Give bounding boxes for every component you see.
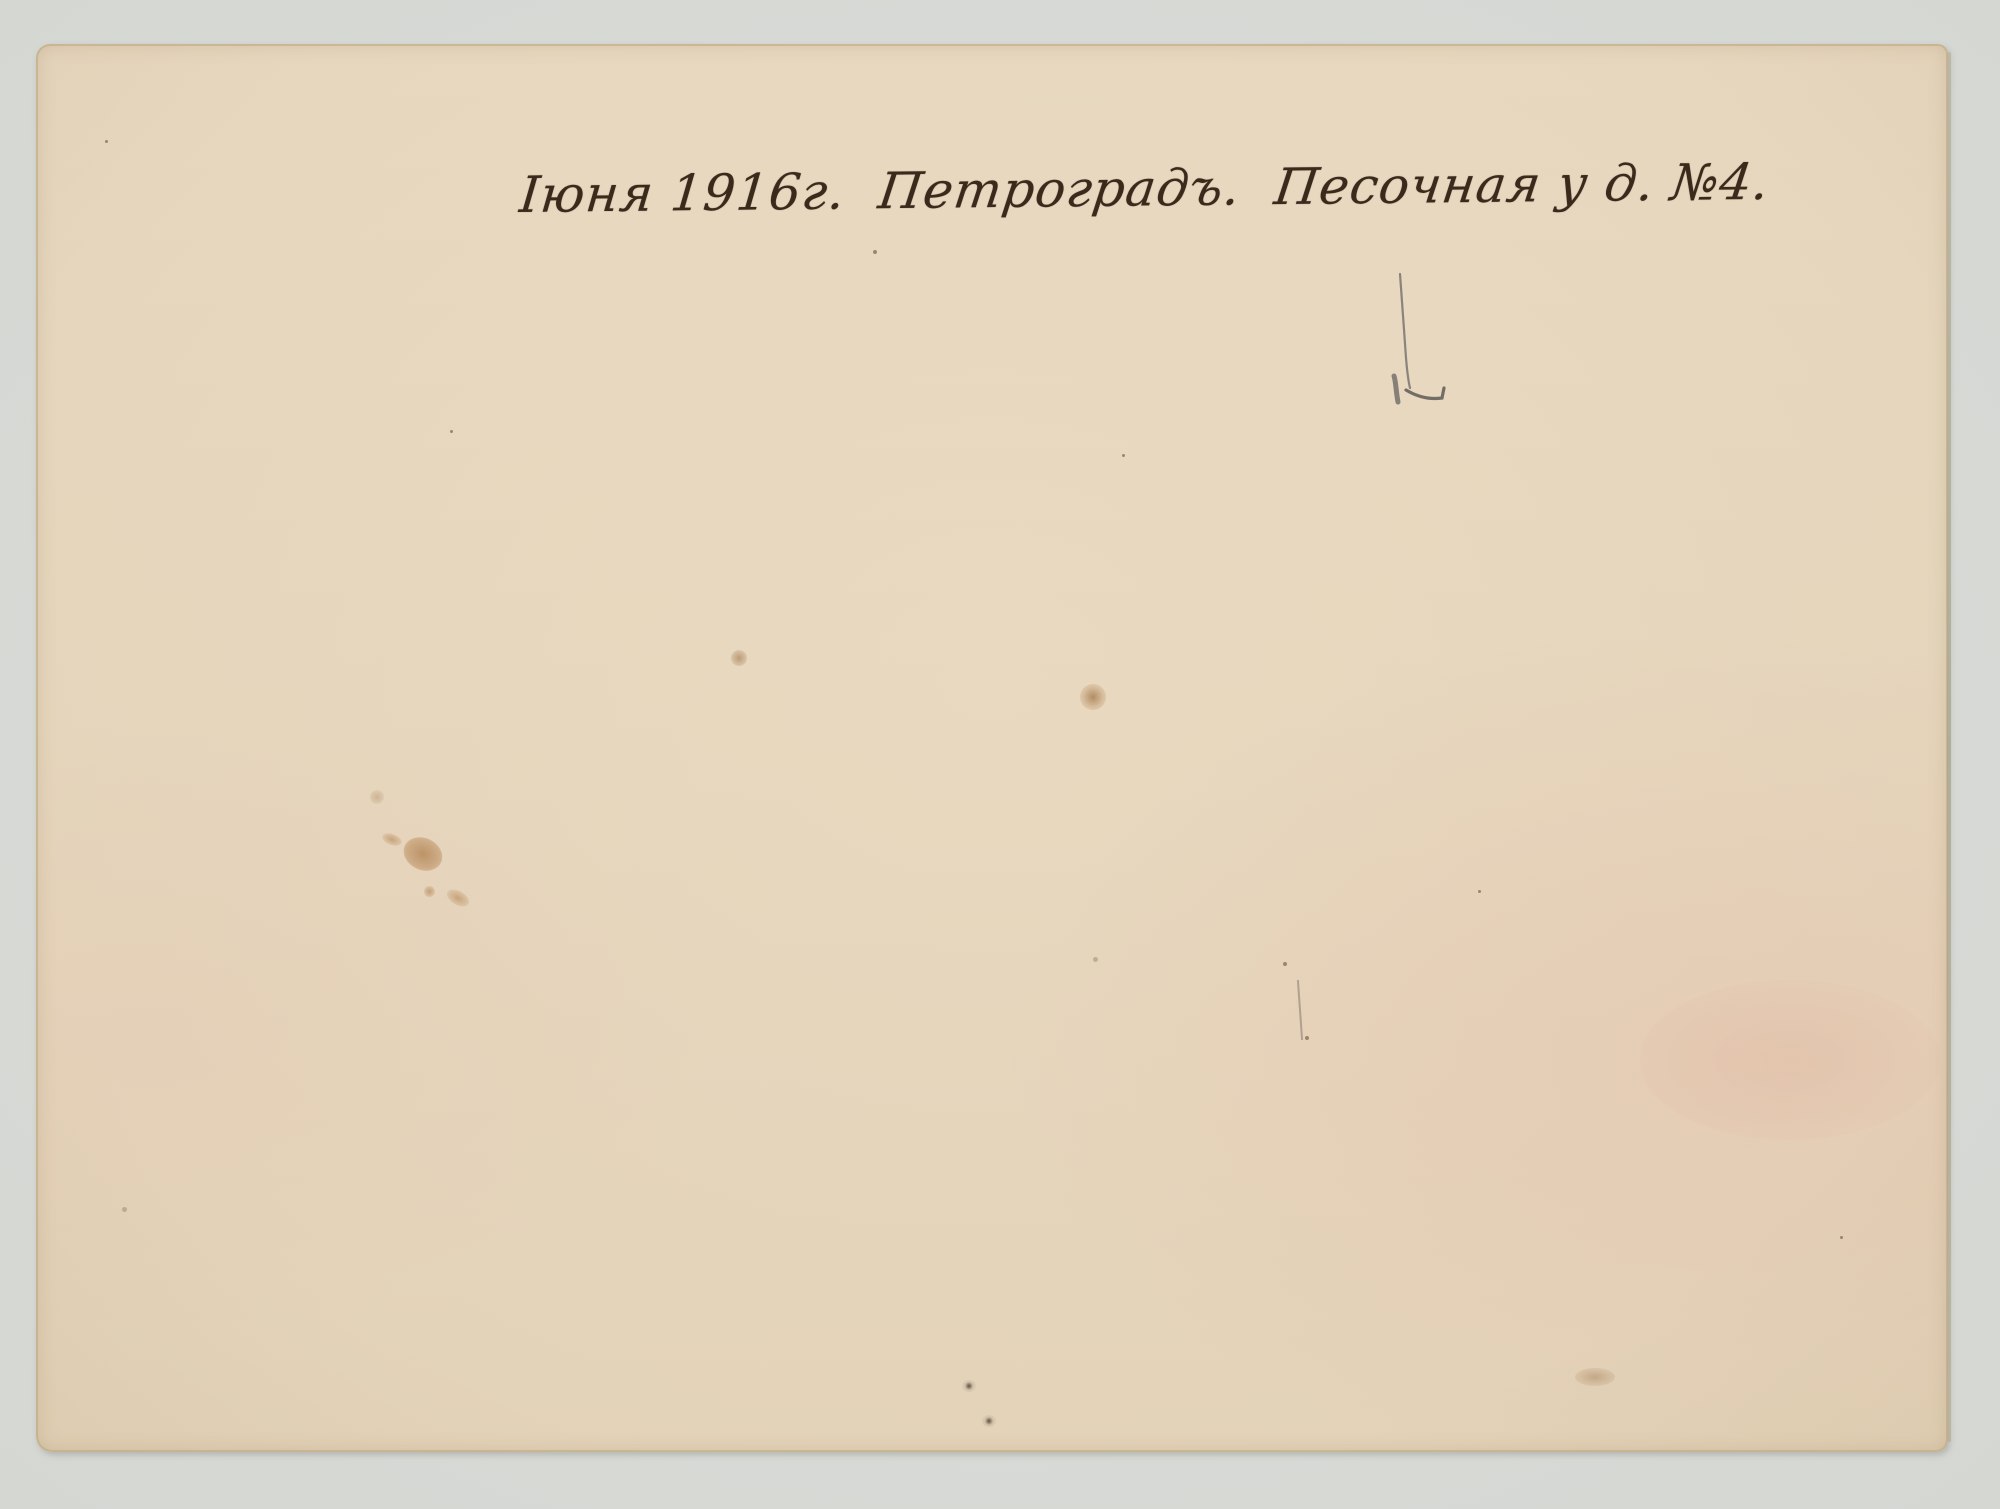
handwritten-inscription: Іюня 1916г. Петроградъ. Песочная у д. №4… xyxy=(520,154,1661,224)
photo-card-back xyxy=(36,44,1948,1452)
speck xyxy=(1283,962,1287,966)
speck xyxy=(1122,454,1125,457)
speck xyxy=(1840,1236,1843,1239)
inscription-address: Песочная у д. №4. xyxy=(1271,153,1773,216)
speck xyxy=(105,140,108,143)
damage-mark xyxy=(982,1415,996,1427)
speck xyxy=(1093,957,1098,962)
damage-mark xyxy=(962,1380,976,1392)
card-edge xyxy=(1947,52,1951,1442)
speck xyxy=(873,250,877,254)
speck xyxy=(450,430,453,433)
speck xyxy=(1478,890,1481,893)
inscription-date: Іюня 1916г. xyxy=(517,163,848,224)
speck xyxy=(1305,1036,1309,1040)
speck xyxy=(122,1207,127,1212)
inscription-city: Петроградъ. xyxy=(875,158,1244,220)
pencil-mark-icon xyxy=(1388,270,1448,410)
